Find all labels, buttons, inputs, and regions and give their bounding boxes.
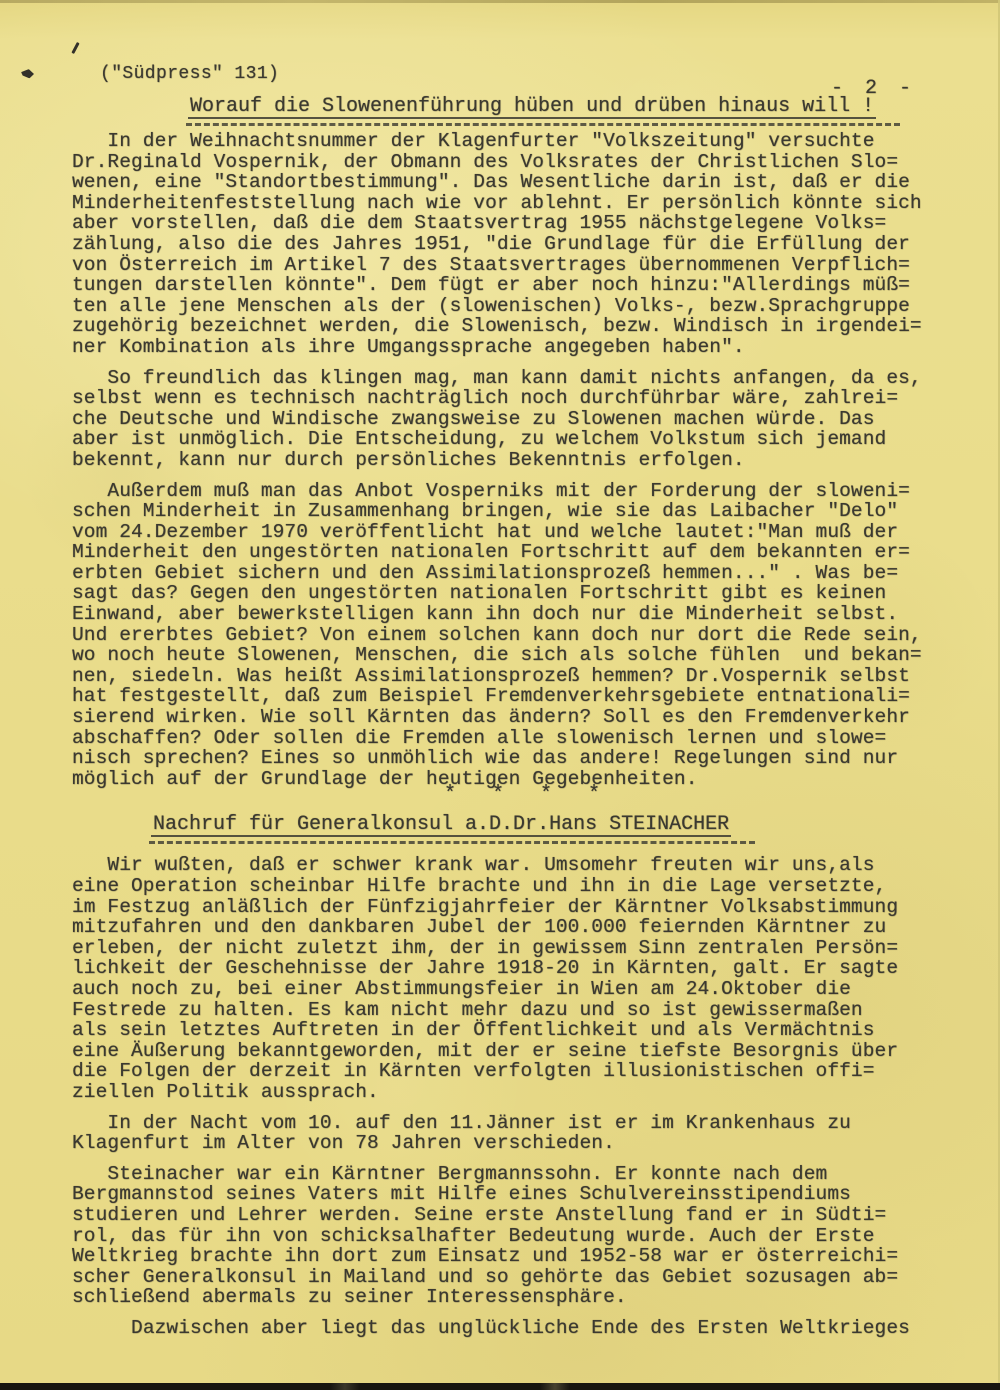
document-page: ("Südpress" 131) - 2 - Worauf die Slowen…	[0, 0, 1000, 1390]
ink-mark-stroke	[71, 42, 79, 54]
article1-title: Worauf die Slowenenführung hüben und drü…	[190, 95, 952, 128]
article1-title-text: Worauf die Slowenenführung hüben und drü…	[190, 95, 874, 128]
article2-paragraph-3: Steinacher war ein Kärntner Bergmannssoh…	[72, 1164, 952, 1308]
article2-paragraph-1: Wir wußten, daß er schwer krank war. Ums…	[72, 855, 952, 1102]
section-separator: * * * *	[444, 785, 952, 809]
article2-title: Nachruf für Generalkonsul a.D.Dr.Hans ST…	[153, 813, 952, 846]
source-label: ("Südpress" 131)	[100, 64, 279, 84]
ink-mark-arrow	[20, 68, 34, 79]
article2-paragraph-4: Dazwischen aber liegt das unglückliche E…	[72, 1318, 952, 1339]
article1-paragraph-3: Außerdem muß man das Anbot Vosperniks mi…	[72, 481, 952, 790]
article2-paragraph-2: In der Nacht vom 10. auf den 11.Jänner i…	[72, 1113, 952, 1154]
page-content: ("Südpress" 131) - 2 - Worauf die Slowen…	[72, 64, 952, 1348]
page-bottom-edge	[0, 1383, 1000, 1390]
article2-title-text: Nachruf für Generalkonsul a.D.Dr.Hans ST…	[153, 813, 729, 846]
page-top-edge	[0, 0, 1000, 3]
article1-paragraph-1: In der Weihnachtsnummer der Klagenfurter…	[72, 131, 952, 358]
page-header: ("Südpress" 131) - 2 -	[72, 64, 952, 86]
article1-paragraph-2: So freundlich das klingen mag, man kann …	[72, 368, 952, 471]
